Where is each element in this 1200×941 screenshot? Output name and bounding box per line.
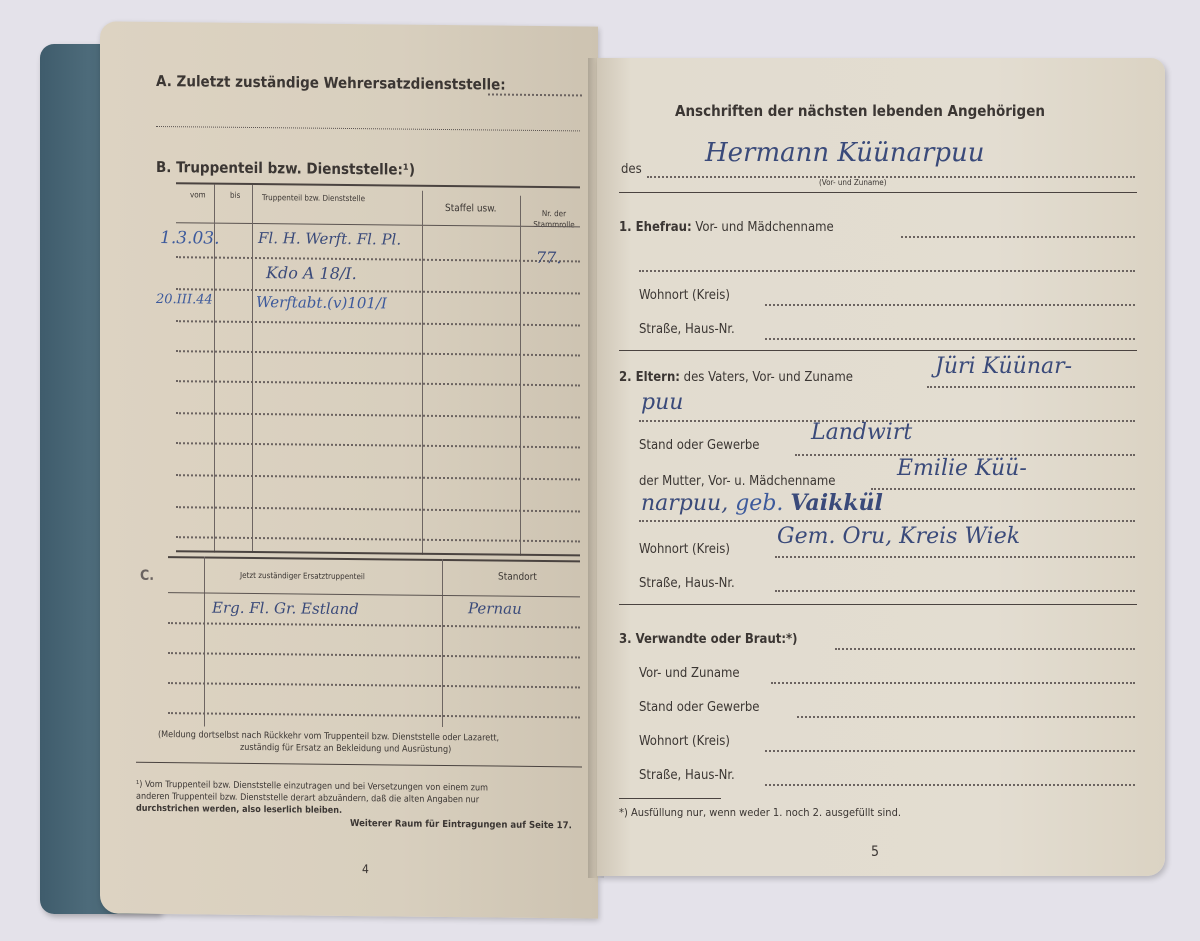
table-row-unit: Kdo A 18/I. xyxy=(266,263,357,283)
more-space-note: Weiterer Raum für Eintragungen auf Seite… xyxy=(350,818,572,831)
section-a-field[interactable] xyxy=(488,93,582,96)
table-row-line xyxy=(168,652,580,658)
stand-label: Stand oder Gewerbe xyxy=(639,438,760,453)
section-c-top-rule xyxy=(168,556,580,562)
section-a-line[interactable] xyxy=(156,126,580,131)
geb-label: geb. xyxy=(735,491,783,516)
des-value: Hermann Küünarpuu xyxy=(705,138,985,168)
section-b-top-rule xyxy=(176,182,580,188)
braut-strasse-field[interactable] xyxy=(765,784,1135,786)
section2-label: 2. Eltern: des Vaters, Vor- und Zuname xyxy=(619,370,853,385)
col-header-vom: vom xyxy=(190,190,206,199)
col-line xyxy=(520,196,521,556)
page-title: Anschriften der nächsten lebenden Angehö… xyxy=(675,102,1045,120)
des-label: des xyxy=(621,162,642,177)
braut-name-label: Vor- und Zuname xyxy=(639,666,740,681)
eltern-wohnort-value: Gem. Oru, Kreis Wiek xyxy=(777,524,1020,549)
braut-stand-field[interactable] xyxy=(797,716,1135,718)
braut-field[interactable] xyxy=(835,648,1135,650)
col-line xyxy=(422,191,423,555)
table-row-vom: 20.III.44 xyxy=(156,292,213,308)
section-c-label: C. xyxy=(140,568,154,584)
eltern-strasse-label: Straße, Haus-Nr. xyxy=(639,576,735,591)
page-number: 5 xyxy=(871,844,879,860)
footnote-rule xyxy=(619,798,721,799)
des-caption: (Vor- und Zuname) xyxy=(819,178,887,187)
section-a-label: A. Zuletzt zuständige Wehrersatzdienstst… xyxy=(156,72,506,94)
eltern-wohnort-label: Wohnort (Kreis) xyxy=(639,542,730,557)
mutter-label: der Mutter, Vor- u. Mädchenname xyxy=(639,474,835,489)
section1-name-label: Vor- und Mädchenname xyxy=(695,220,833,235)
footnote-rule xyxy=(136,762,582,768)
braut-wohnort-field[interactable] xyxy=(765,750,1135,752)
col-header-unit: Truppenteil bzw. Dienststelle xyxy=(262,193,365,203)
col-header-ersatz: Jetzt zuständiger Ersatztruppenteil xyxy=(240,571,365,581)
table-row-vom: 1.3.03. xyxy=(160,228,219,249)
table-row-unit: Werftabt.(v)101/I xyxy=(256,293,387,312)
vater-value-2: puu xyxy=(641,390,683,415)
braut-strasse-label: Straße, Haus-Nr. xyxy=(639,768,735,783)
col-line xyxy=(204,556,205,726)
table-row-nr: 77. xyxy=(536,248,561,267)
table-row-line xyxy=(168,712,580,718)
section1-title: 1. Ehefrau: xyxy=(619,220,692,235)
section-c-header-rule xyxy=(168,592,580,597)
right-page: Anschriften der nächsten lebenden Angehö… xyxy=(597,58,1165,876)
ehefrau-strasse-field[interactable] xyxy=(765,338,1135,340)
braut-wohnort-label: Wohnort (Kreis) xyxy=(639,734,730,749)
section1-label: 1. Ehefrau: Vor- und Mädchenname xyxy=(619,220,834,235)
section2-title: 2. Eltern: xyxy=(619,370,680,385)
section-rule xyxy=(619,192,1137,193)
standort-value: Pernau xyxy=(468,599,522,618)
section-b-label: B. Truppenteil bzw. Dienststelle:¹) xyxy=(156,158,415,179)
ehefrau-name-field-2[interactable] xyxy=(639,270,1135,272)
mutter-surname: narpuu, xyxy=(641,491,728,516)
mutter-value-2: narpuu, geb. Vaikkül xyxy=(641,490,883,516)
section-c-note: (Meldung dortselbst nach Rückkehr vom Tr… xyxy=(158,730,499,744)
braut-stand-label: Stand oder Gewerbe xyxy=(639,700,760,715)
stand-value: Landwirt xyxy=(811,420,912,445)
ehefrau-wohnort-label: Wohnort (Kreis) xyxy=(639,288,730,303)
braut-name-field[interactable] xyxy=(771,682,1135,684)
footnote-text: durchstrichen werden, also leserlich ble… xyxy=(136,804,342,816)
col-line xyxy=(252,185,253,553)
ersatz-unit: Erg. Fl. Gr. Estland xyxy=(212,599,359,619)
ehefrau-wohnort-field[interactable] xyxy=(765,304,1135,306)
mutter-field-2[interactable] xyxy=(639,520,1135,522)
table-row-line xyxy=(168,622,580,628)
col-header-staffel: Staffel usw. xyxy=(445,203,497,215)
col-header-bis: bis xyxy=(230,191,240,200)
eltern-strasse-field[interactable] xyxy=(775,590,1135,592)
des-field[interactable] xyxy=(647,176,1135,178)
section-rule xyxy=(619,604,1137,605)
vater-label: des Vaters, Vor- und Zuname xyxy=(684,370,853,385)
mutter-field[interactable] xyxy=(871,488,1135,490)
vater-value: Jüri Küünar- xyxy=(935,354,1072,379)
page-number: 4 xyxy=(362,862,369,876)
vater-field[interactable] xyxy=(927,386,1135,388)
section-c-note: zuständig für Ersatz an Bekleidung und A… xyxy=(240,743,451,755)
table-row-unit: Fl. H. Werft. Fl. Pl. xyxy=(258,229,401,248)
table-row-line xyxy=(168,682,580,688)
section3-label: 3. Verwandte oder Braut:*) xyxy=(619,632,798,647)
maiden-name: Vaikkül xyxy=(790,490,883,516)
col-line xyxy=(442,559,443,727)
eltern-wohnort-field[interactable] xyxy=(775,556,1135,558)
ehefrau-name-field[interactable] xyxy=(901,236,1135,238)
ehefrau-strasse-label: Straße, Haus-Nr. xyxy=(639,322,735,337)
section-rule xyxy=(619,350,1137,351)
mutter-value: Emilie Küü- xyxy=(897,456,1027,481)
left-page: A. Zuletzt zuständige Wehrersatzdienstst… xyxy=(100,21,598,918)
footnote-text: *) Ausfüllung nur, wenn weder 1. noch 2.… xyxy=(619,806,901,819)
col-header-standort: Standort xyxy=(498,572,537,583)
